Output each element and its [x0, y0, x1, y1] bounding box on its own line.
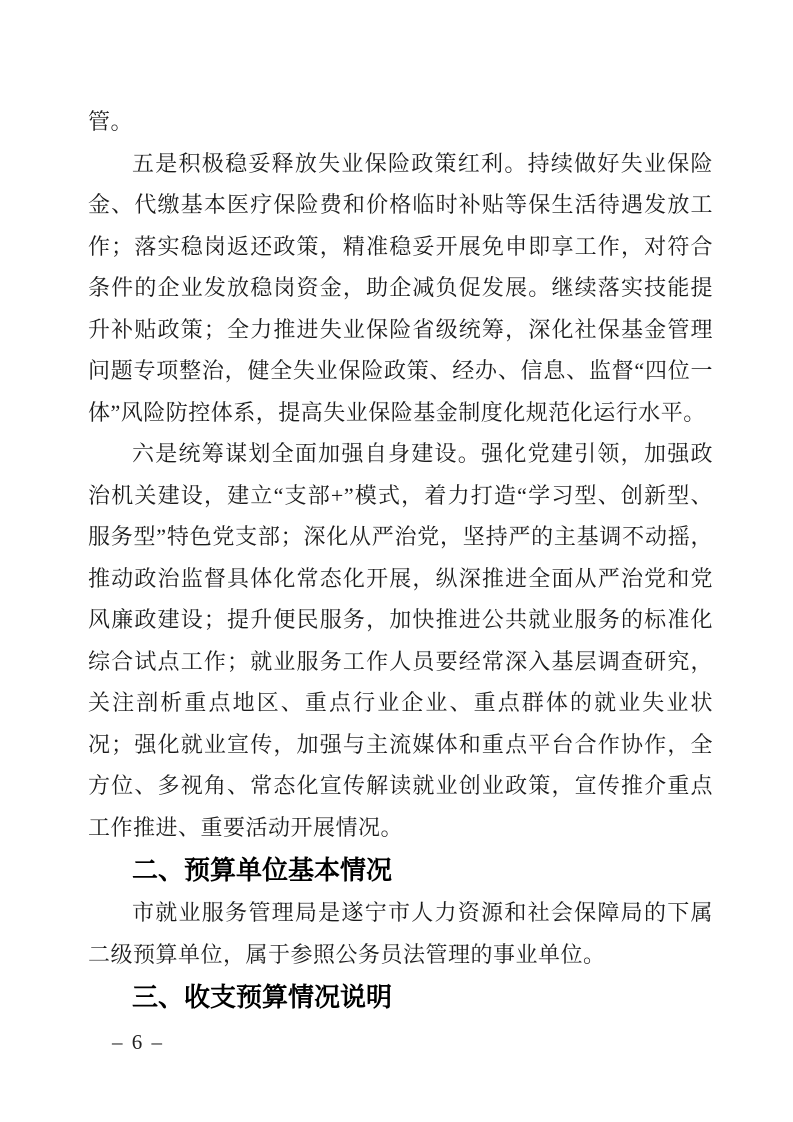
paragraph-budget-unit-description: 市就业服务管理局是遂宁市人力资源和社会保障局的下属二级预算单位，属于参照公务员法…: [88, 892, 713, 975]
section-heading-revenue-expenditure-notes: 三、收支预算情况说明: [88, 975, 713, 1019]
paragraph-continuation: 管。: [88, 101, 713, 143]
page-number: – 6 –: [112, 1030, 164, 1055]
paragraph-point-six-self-construction: 六是统筹谋划全面加强自身建设。强化党建引领，加强政治机关建设，建立“支部+”模式…: [88, 433, 713, 848]
paragraph-point-five-unemployment-insurance: 五是积极稳妥释放失业保险政策红利。持续做好失业保险金、代缴基本医疗保险费和价格临…: [88, 143, 713, 434]
section-heading-budget-unit-overview: 二、预算单位基本情况: [88, 848, 713, 892]
document-page: 管。 五是积极稳妥释放失业保险政策红利。持续做好失业保险金、代缴基本医疗保险费和…: [0, 0, 793, 1122]
document-content: 管。 五是积极稳妥释放失业保险政策红利。持续做好失业保险金、代缴基本医疗保险费和…: [88, 101, 713, 1019]
